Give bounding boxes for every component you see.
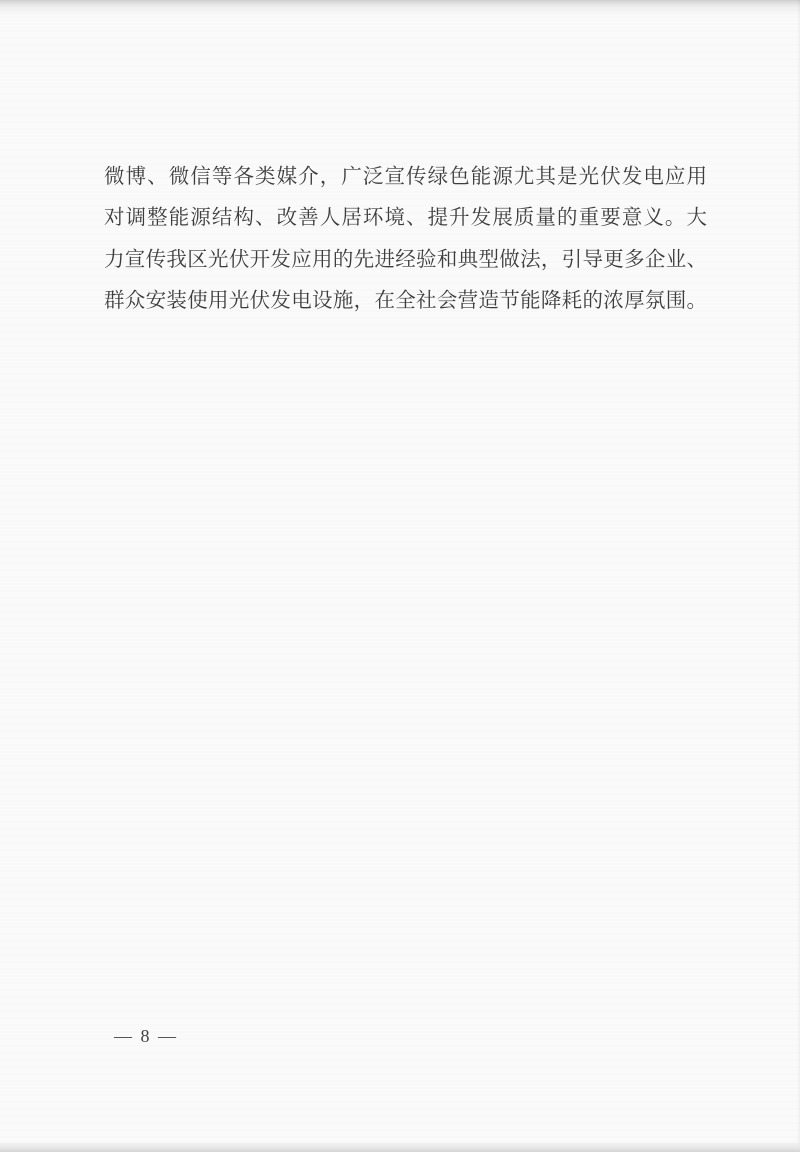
page-top-edge-shadow	[0, 0, 800, 16]
paragraph-line: 群众安装使用光伏发电设施，在全社会营造节能降耗的浓厚氛围。	[104, 281, 707, 322]
paragraph-line: 力宣传我区光伏开发应用的先进经验和典型做法，引导更多企业、	[104, 240, 707, 281]
paragraph-line: 对调整能源结构、改善人居环境、提升发展质量的重要意义。大	[104, 198, 707, 239]
scanned-document-page: 微博、微信等各类媒介，广泛宣传绿色能源尤其是光伏发电应用 对调整能源结构、改善人…	[0, 0, 800, 1152]
page-number: — 8 —	[114, 1026, 178, 1046]
paragraph-line: 微博、微信等各类媒介，广泛宣传绿色能源尤其是光伏发电应用	[104, 157, 707, 198]
page-bottom-edge-shadow	[0, 1141, 800, 1152]
body-paragraph: 微博、微信等各类媒介，广泛宣传绿色能源尤其是光伏发电应用 对调整能源结构、改善人…	[104, 157, 707, 322]
